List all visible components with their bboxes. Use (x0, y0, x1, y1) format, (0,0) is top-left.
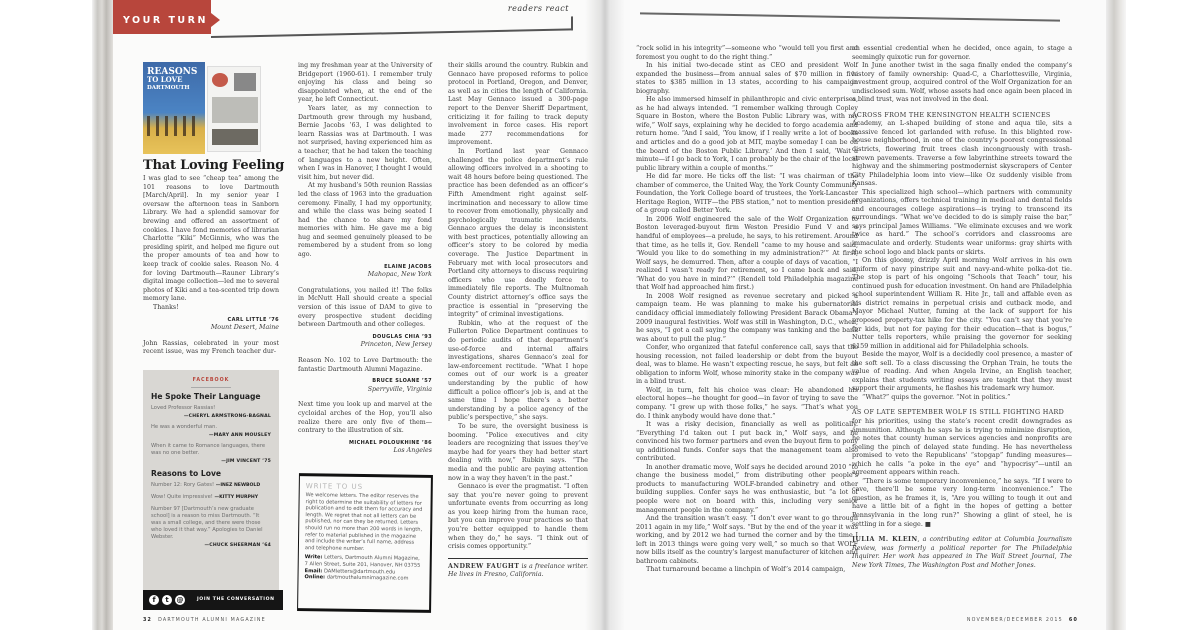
cover-thumbnail: REASONS TO LOVE DARTMOUTH (143, 62, 205, 154)
letter-body: I was glad to see “cheap tea” among the … (143, 175, 279, 304)
section-label: YOUR TURN (123, 15, 208, 26)
photo-block (234, 73, 256, 91)
write-address: Write: Letters, Dartmouth Alumni Magazin… (305, 555, 424, 570)
facebook-icon[interactable]: f (149, 595, 159, 605)
letter-body: Next time you look up and marvel at the … (298, 401, 432, 435)
inner-spread-thumbnail (207, 66, 261, 152)
spacer (852, 528, 1072, 536)
text-block (212, 97, 258, 123)
article-paragraph: Academy, an L-shaped building of stone a… (852, 119, 1072, 187)
facebook-commenter: —JIM VINCENT ’75 (151, 459, 271, 464)
article-paragraph: for his priorities, using the state’s re… (852, 417, 1072, 477)
section-subhead: AS OF LATE SEPTEMBER WOLF IS STILL FIGHT… (852, 408, 1072, 417)
section-tab: YOUR TURN (113, 0, 211, 34)
cover-title-line: DARTMOUTH (147, 84, 197, 92)
author-bio: ANDREW FAUGHT is a freelance writer. He … (448, 563, 588, 580)
join-conversation-bar[interactable]: f t @ JOIN THE CONVERSATION (143, 590, 283, 610)
camels-illustration (147, 116, 201, 136)
kicker: readers react (508, 4, 569, 13)
book-edge-right (1106, 0, 1126, 630)
cover-title-line: TO LOVE (147, 76, 197, 84)
facebook-comment: Wow! Quite impressive! —KITTY MURPHY (151, 494, 271, 500)
facebook-comment: Number 12: Rory Gates! —INEZ NEWBOLD (151, 482, 271, 488)
page-folio: 32DARTMOUTH ALUMNI MAGAZINE (143, 618, 266, 623)
divider (448, 558, 588, 559)
letters-column-1: I was glad to see “cheap tea” among the … (143, 175, 279, 357)
article-paragraph-text: “There is some temporary inconvenience,”… (852, 477, 1072, 528)
author-name: JULIA M. KLEIN (852, 536, 918, 543)
facebook-commenter: —CHERYL ARMSTRONG-BAGNAL (151, 414, 271, 419)
letter-close: Thanks! (143, 304, 279, 313)
article-paragraph: Beside the mayor, Wolf is a decidedly co… (852, 350, 1072, 393)
article-paragraph: Gennaco is ever the pragmatist. “I often… (448, 483, 588, 552)
magazine-title: DARTMOUTH ALUMNI MAGAZINE (158, 618, 266, 623)
article-paragraph: He also immersed himself in philanthropi… (636, 95, 858, 172)
facebook-commenter: —KITTY MURPHY (215, 495, 259, 500)
letter-location: Los Angeles (298, 447, 432, 456)
write-label: Write: (305, 555, 323, 561)
photo-block (212, 129, 258, 145)
left-page: YOUR TURN readers react REASONS TO LOVE … (113, 0, 603, 630)
letter-signature: CARL LITTLE ’76 (143, 316, 279, 325)
cover-title: REASONS TO LOVE DARTMOUTH (147, 68, 197, 92)
letter-headline: That Loving Feeling (143, 158, 284, 173)
facebook-heading: He Spoke Their Language (151, 392, 271, 401)
letter-body: John Rassias, celebrated in your most re… (143, 340, 279, 357)
header-rule (640, 2, 1060, 21)
write-to-us-box: WRITE TO US We welcome letters. The edit… (297, 473, 433, 613)
article-paragraph: Confer, who organized that fateful confe… (636, 343, 858, 386)
page-folio: NOVEMBER/DECEMBER 201560 (967, 618, 1078, 623)
write-address-value: Letters, Dartmouth Alumni Magazine, 7 Al… (305, 555, 421, 569)
letter-body: Congratulations, you nailed it! The folk… (298, 287, 432, 330)
facebook-heading: Reasons to Love (151, 469, 271, 478)
letter-body: Years later, as my connection to Dartmou… (298, 105, 432, 182)
article-paragraph: “rock solid in his integrity”—someone wh… (636, 44, 858, 61)
letter-location: Mahopac, New York (298, 271, 432, 280)
book-edge-left (92, 0, 114, 630)
letter-signature: DOUGLAS CHIA ’93 (298, 333, 432, 342)
article-paragraph: “What?” quips the governor. “Not in poli… (852, 393, 1072, 402)
comment-text: Number 12: Rory Gates! (151, 482, 214, 488)
divider (191, 387, 231, 388)
issue-date: NOVEMBER/DECEMBER 2015 (967, 618, 1063, 623)
letter-location: Princeton, New Jersey (298, 341, 432, 350)
facebook-label: FACEBOOK (143, 378, 279, 383)
article-paragraph: It was a risky decision, financially as … (636, 420, 858, 463)
letter-body: At my husband’s 50th reunion Rassias led… (298, 182, 432, 259)
website-link[interactable]: dartmouthalumnimagazine.com (327, 575, 409, 582)
end-mark-icon: ■ (925, 520, 931, 528)
facebook-comment: He was a wonderful man. (151, 424, 271, 431)
facebook-commenter: —MARY ANN MOUSLEY (151, 433, 271, 438)
article-column-2: an essential credential when he decided,… (852, 44, 1072, 570)
twitter-icon[interactable]: t (162, 595, 172, 605)
facebook-commenter: —INEZ NEWBOLD (216, 483, 260, 488)
article-paragraph: In his initial two-decade stint as CEO a… (636, 61, 858, 95)
article-paragraph: an essential credential when he decided,… (852, 44, 1072, 61)
letter-signature: BRUCE SLOANE ’57 (298, 377, 432, 386)
letter-signature: ELAINE JACOBS (298, 263, 432, 272)
magazine-cover-image: REASONS TO LOVE DARTMOUTH (143, 62, 261, 154)
article-paragraph: To be sure, the oversight business is bo… (448, 423, 588, 483)
join-conversation-label: JOIN THE CONVERSATION (197, 597, 275, 602)
letter-body: ing my freshman year at the University o… (298, 62, 432, 105)
letter-location: Sperryville, Virginia (298, 386, 432, 395)
letter-location: Mount Desert, Maine (143, 324, 279, 333)
facebook-comment: Loved Professor Rassias! (151, 405, 271, 412)
article-paragraph: Rubkin, who at the request of the Fuller… (448, 320, 588, 423)
letter-signature: MICHAEL POLOUKHINE ’86 (298, 439, 432, 448)
comment-text: Wow! Quite impressive! (151, 494, 213, 500)
page-number: 32 (143, 618, 152, 623)
facebook-commenter: —CHUCK SHEERMAN ’64 (151, 543, 271, 548)
author-bio: JULIA M. KLEIN, a contributing editor at… (852, 536, 1072, 570)
article-paragraph: In June another twist in the saga finall… (852, 61, 1072, 104)
article-column-continued: their skills around the country. Rubkin … (448, 62, 588, 580)
facebook-box: FACEBOOK He Spoke Their Language Loved P… (143, 370, 279, 608)
article-paragraph: In another dramatic move, Wolf says he d… (636, 463, 858, 514)
section-subhead: ACROSS FROM THE KENSINGTON HEALTH SCIENC… (852, 111, 1072, 120)
article-paragraph: “There is some temporary inconvenience,”… (852, 477, 1072, 528)
article-paragraph: On this gloomy, drizzly April morning Wo… (852, 256, 1072, 350)
facebook-comments: He Spoke Their Language Loved Professor … (151, 392, 271, 553)
write-to-us-body: We welcome letters. The editor reserves … (305, 492, 425, 553)
facebook-comment: When it came to Romance languages, there… (151, 443, 271, 457)
letter-body: Reason No. 102 to Love Dartmouth: the fa… (298, 357, 432, 374)
page-number: 60 (1069, 618, 1078, 623)
photo-block (212, 73, 228, 87)
email-label: Email: (305, 568, 323, 574)
article-paragraph: In 2006 Wolf engineered the sale of the … (636, 215, 858, 292)
facebook-comment: Number 97 [Dartmouth’s new graduate scho… (151, 506, 271, 541)
write-online[interactable]: Online: dartmouthalumnimagazine.com (304, 574, 423, 582)
header-rule (211, 16, 573, 38)
article-column-1: “rock solid in his integrity”—someone wh… (636, 44, 858, 574)
article-paragraph: This specialized high school—which partn… (852, 188, 1072, 256)
article-paragraph: That turnaround became a linchpin of Wol… (636, 565, 858, 574)
article-paragraph: In 2008 Wolf resigned as revenue secreta… (636, 292, 858, 343)
online-label: Online: (304, 574, 325, 580)
right-page: “rock solid in his integrity”—someone wh… (600, 0, 1108, 630)
author-name: ANDREW FAUGHT (448, 563, 519, 570)
article-paragraph: their skills around the country. Rubkin … (448, 62, 588, 148)
article-paragraph: Wolf, in turn, felt his choice was clear… (636, 386, 858, 420)
letters-column-2: ing my freshman year at the University o… (298, 62, 432, 463)
article-paragraph: In Portland last year Gennaco challenged… (448, 148, 588, 320)
write-to-us-title: WRITE TO US (306, 482, 425, 492)
article-paragraph: And the transition wasn’t easy. “I don’t… (636, 514, 858, 565)
email-icon[interactable]: @ (175, 595, 185, 605)
article-paragraph: He did far more. He ticks off the list: … (636, 172, 858, 215)
